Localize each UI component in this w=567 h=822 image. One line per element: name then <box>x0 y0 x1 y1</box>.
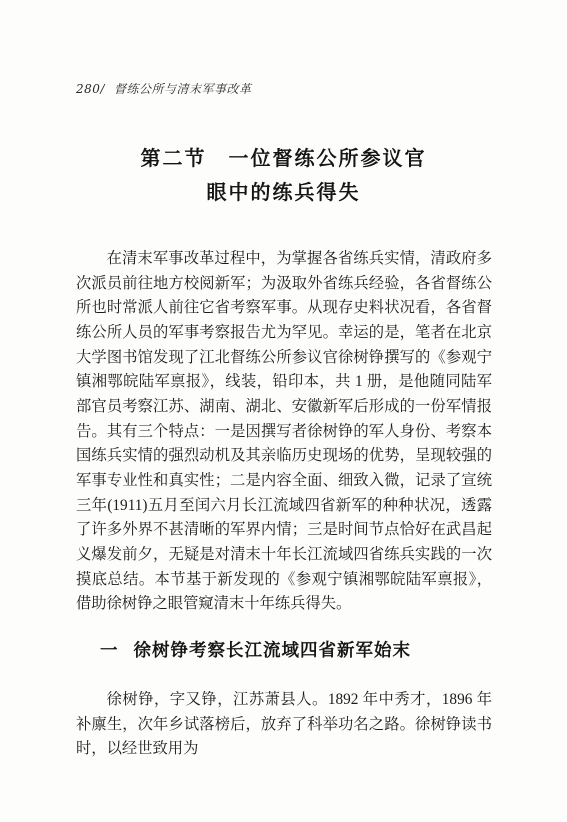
body-paragraph: 徐树铮，字又铮，江苏萧县人。1892 年中秀才，1896 年补廪生，次年乡试落榜… <box>76 688 492 762</box>
chapter-title-line2: 眼中的练兵得失 <box>0 176 567 210</box>
page-number: 280/ <box>76 82 105 96</box>
intro-paragraph: 在清末军事改革过程中，为掌握各省练兵实情，清政府多次派员前往地方校阅新军；为汲取… <box>76 247 492 617</box>
running-header: 280/督练公所与清末军事改革 <box>76 80 251 97</box>
subsection-title: 徐树铮考察长江流域四省新军始末 <box>134 640 412 660</box>
book-page: 280/督练公所与清末军事改革 第二节 一位督练公所参议官 眼中的练兵得失 在清… <box>0 0 567 822</box>
intro-paragraph-block: 在清末军事改革过程中，为掌握各省练兵实情，清政府多次派员前往地方校阅新军；为汲取… <box>76 247 492 617</box>
running-header-book-title: 督练公所与清末军事改革 <box>114 82 252 96</box>
body-paragraph-block: 徐树铮，字又铮，江苏萧县人。1892 年中秀才，1896 年补廪生，次年乡试落榜… <box>76 688 492 762</box>
subsection-heading: 一徐树铮考察长江流域四省新军始末 <box>76 637 492 662</box>
subsection-number: 一 <box>100 640 119 660</box>
chapter-title-line1: 第二节 一位督练公所参议官 <box>0 142 567 176</box>
chapter-title: 第二节 一位督练公所参议官 眼中的练兵得失 <box>0 142 567 210</box>
